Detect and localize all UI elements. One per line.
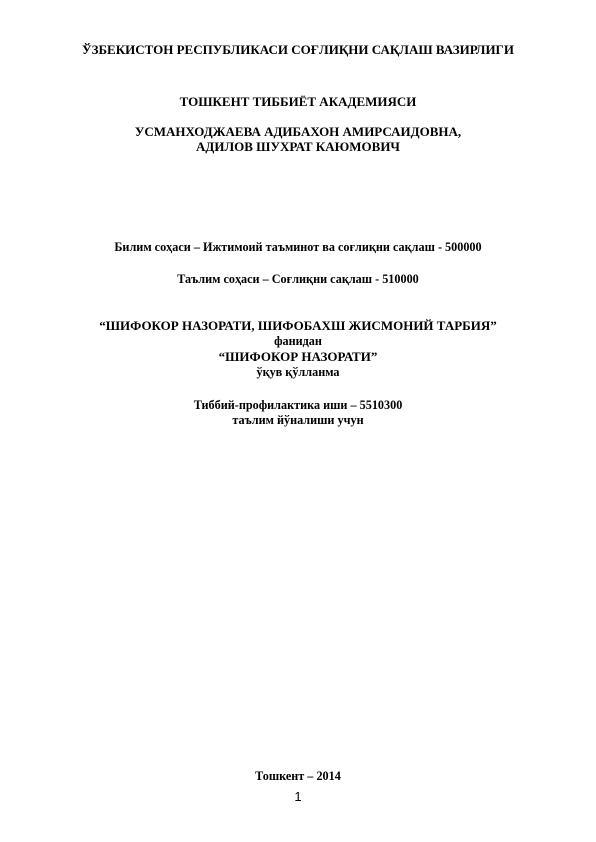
field-of-knowledge: Билим соҳаси – Ижтимоий таъминот ва соғл… <box>0 241 596 253</box>
manual-type: ўқув қўлланма <box>0 366 596 378</box>
document-page: ЎЗБЕКИСТОН РЕСПУБЛИКАСИ СОҒЛИҚНИ САҚЛАШ … <box>0 0 596 842</box>
ministry-heading: ЎЗБЕКИСТОН РЕСПУБЛИКАСИ СОҒЛИҚНИ САҚЛАШ … <box>0 43 596 56</box>
field-of-education: Таълим соҳаси – Соғлиқни сақлаш - 510000 <box>0 273 596 285</box>
specialty: Тиббий-профилактика иши – 5510300 <box>0 399 596 411</box>
manual-title: “ШИФОКОР НАЗОРАТИ” <box>0 350 596 363</box>
institution-heading: ТОШКЕНТ ТИББИЁТ АКАДЕМИЯСИ <box>0 95 596 108</box>
author-2: АДИЛОВ ШУХРАТ КАЮМОВИЧ <box>0 140 596 153</box>
specialty-suffix: таълим йўналиши учун <box>0 414 596 426</box>
subject-suffix: фанидан <box>0 335 596 347</box>
city-year: Тошкент – 2014 <box>0 770 596 782</box>
subject-title: “ШИФОКОР НАЗОРАТИ, ШИФОБАХШ ЖИСМОНИЙ ТАР… <box>0 319 596 332</box>
page-number: 1 <box>0 790 596 803</box>
author-1: УСМАНХОДЖАЕВА АДИБАХОН АМИРСАИДОВНА, <box>0 125 596 138</box>
